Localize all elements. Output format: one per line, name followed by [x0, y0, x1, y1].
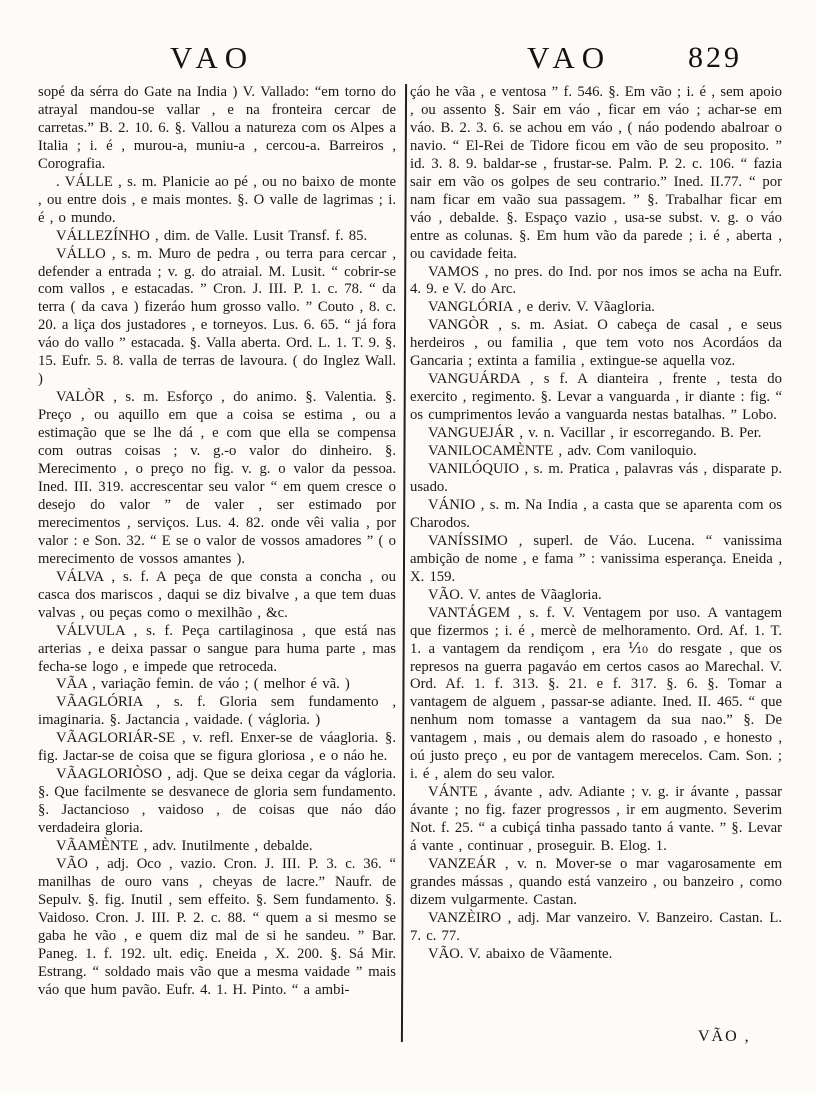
catchword: VÃO , — [698, 1028, 751, 1046]
entry-paragraph: VÃO. V. abaixo de Vãamente. — [410, 946, 782, 964]
page-number: 829 — [688, 41, 742, 75]
right-column: çáo he vãa , e ventosa ” f. 546. §. Em v… — [410, 84, 782, 1042]
entry-paragraph: VÁNTE , ávante , adv. Adiante ; v. g. ir… — [410, 784, 782, 856]
entry-paragraph: VANZEÁR , v. n. Mover-se o mar vagarosam… — [410, 856, 782, 910]
entry-paragraph: VÁLLEZÍNHO , dim. de Valle. Lusit Transf… — [38, 228, 396, 246]
running-head-left: VAO — [170, 40, 254, 76]
entry-paragraph: VANGUEJÁR , v. n. Vacillar , ir escorreg… — [410, 425, 782, 443]
dictionary-page: VAO VAO 829 sopé da sérra do Gate na Ind… — [0, 0, 816, 1093]
running-head-right: VAO — [527, 40, 611, 76]
entry-paragraph: VANÍSSIMO , superl. de Váo. Lucena. “ va… — [410, 533, 782, 587]
entry-paragraph: VÃAGLORIÒSO , adj. Que se deixa cegar da… — [38, 766, 396, 838]
text-block: sopé da sérra do Gate na India ) V. Vall… — [38, 84, 782, 1042]
entry-paragraph: VANZÈIRO , adj. Mar vanzeiro. V. Banzeir… — [410, 910, 782, 946]
entry-paragraph: VAMOS , no pres. do Ind. por nos imos se… — [410, 264, 782, 300]
entry-paragraph: VÃO , adj. Oco , vazio. Cron. J. III. P.… — [38, 856, 396, 1000]
entry-paragraph: çáo he vãa , e ventosa ” f. 546. §. Em v… — [410, 84, 782, 264]
entry-paragraph: VANILÓQUIO , s. m. Pratica , palavras vá… — [410, 461, 782, 497]
entry-paragraph: VÁLVA , s. f. A peça de que consta a con… — [38, 569, 396, 623]
entry-paragraph: VÃAMÈNTE , adv. Inutilmente , debalde. — [38, 838, 396, 856]
entry-paragraph: VALÒR , s. m. Esforço , do animo. §. Val… — [38, 389, 396, 569]
entry-paragraph: VÃAGLORIÁR-SE , v. refl. Enxer-se de váa… — [38, 730, 396, 766]
entry-paragraph: VÁLVULA , s. f. Peça cartilaginosa , que… — [38, 623, 396, 677]
entry-paragraph: VANTÁGEM , s. f. V. Ventagem por uso. A … — [410, 605, 782, 785]
entry-paragraph: VANGUÁRDA , s f. A dianteira , frente , … — [410, 371, 782, 425]
column-divider — [401, 84, 407, 1042]
entry-paragraph: VÃO. V. antes de Vãagloria. — [410, 587, 782, 605]
left-column: sopé da sérra do Gate na India ) V. Vall… — [38, 84, 396, 1042]
entry-paragraph: VANGÒR , s. m. Asiat. O cabeça de casal … — [410, 317, 782, 371]
entry-paragraph: VANGLÓRIA , e deriv. V. Vãagloria. — [410, 299, 782, 317]
entry-paragraph: VANILOCAMÈNTE , adv. Com vaniloquio. — [410, 443, 782, 461]
running-head: VAO VAO 829 — [40, 40, 780, 80]
entry-paragraph: VÃA , variação femin. de váo ; ( melhor … — [38, 676, 396, 694]
entry-paragraph: VÁLLO , s. m. Muro de pedra , ou terra p… — [38, 246, 396, 390]
entry-paragraph: VÁNIO , s. m. Na India , a casta que se … — [410, 497, 782, 533]
entry-paragraph: sopé da sérra do Gate na India ) V. Vall… — [38, 84, 396, 174]
entry-paragraph: VÃAGLÓRIA , s. f. Gloria sem fundamento … — [38, 694, 396, 730]
entry-paragraph: . VÁLLE , s. m. Planicie ao pé , ou no b… — [38, 174, 396, 228]
